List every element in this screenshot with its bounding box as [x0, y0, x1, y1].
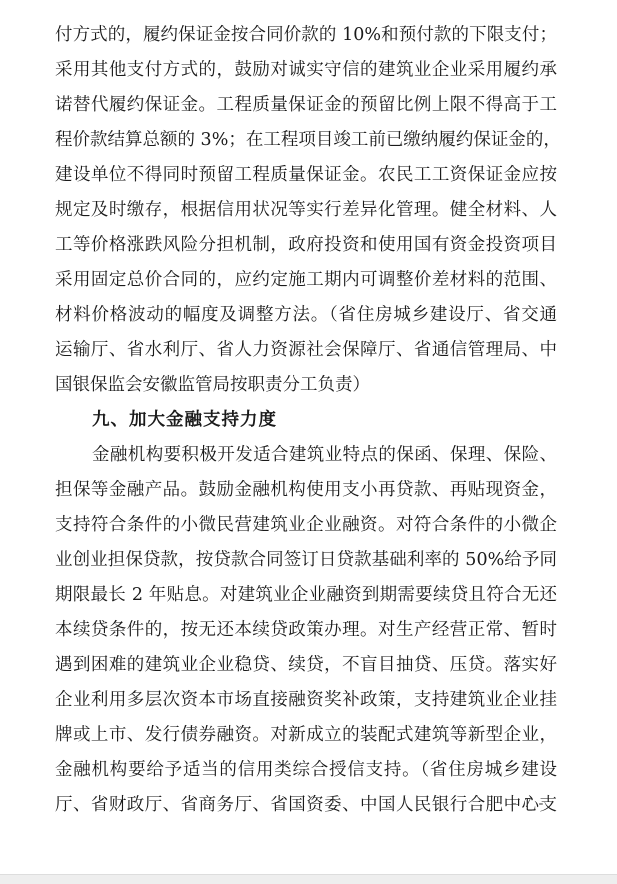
text-line: 牌或上市、发行债券融资。对新成立的装配式建筑等新型企业， [55, 718, 557, 753]
text-line: 国银保监会安徽监管局按职责分工负责） [55, 368, 557, 403]
body-text: 付方式的，履约保证金按合同价款的 10%和预付款的下限支付； 采用其他支付方式的… [55, 18, 557, 823]
text-line: 工等价格涨跌风险分担机制，政府投资和使用国有资金投资项目 [55, 228, 557, 263]
paragraph-performance-bond: 付方式的，履约保证金按合同价款的 10%和预付款的下限支付； 采用其他支付方式的… [55, 18, 557, 403]
text-line: 诺替代履约保证金。工程质量保证金的预留比例上限不得高于工 [55, 88, 557, 123]
text-line: 厅、省财政厅、省商务厅、省国资委、中国人民银行合肥中心支 [55, 788, 557, 823]
page-number: - 7 - [512, 796, 545, 812]
text-line: 担保等金融产品。鼓励金融机构使用支小再贷款、再贴现资金， [55, 473, 557, 508]
page-bottom-edge [0, 874, 617, 884]
text-line: 期限最长 2 年贴息。对建筑业企业融资到期需要续贷且符合无还 [55, 578, 557, 613]
text-line: 材料价格波动的幅度及调整方法。（省住房城乡建设厅、省交通 [55, 298, 557, 333]
text-line: 建设单位不得同时预留工程质量保证金。农民工工资保证金应按 [55, 158, 557, 193]
text-line: 本续贷条件的，按无还本续贷政策办理。对生产经营正常、暂时 [55, 613, 557, 648]
text-line: 业创业担保贷款，按贷款合同签订日贷款基础利率的 50%给予同 [55, 543, 557, 578]
text-line: 付方式的，履约保证金按合同价款的 10%和预付款的下限支付； [55, 18, 557, 53]
text-line: 遇到困难的建筑业企业稳贷、续贷，不盲目抽贷、压贷。落实好 [55, 648, 557, 683]
text-line: 规定及时缴存，根据信用状况等实行差异化管理。健全材料、人 [55, 193, 557, 228]
text-line: 采用固定总价合同的，应约定施工期内可调整价差材料的范围、 [55, 263, 557, 298]
paragraph-financial-support: 金融机构要积极开发适合建筑业特点的保函、保理、保险、 担保等金融产品。鼓励金融机… [55, 438, 557, 823]
text-line: 支持符合条件的小微民营建筑业企业融资。对符合条件的小微企 [55, 508, 557, 543]
text-line: 采用其他支付方式的，鼓励对诚实守信的建筑业企业采用履约承 [55, 53, 557, 88]
text-line: 运输厅、省水利厅、省人力资源社会保障厅、省通信管理局、中 [55, 333, 557, 368]
section-heading: 九、加大金融支持力度 [55, 403, 557, 438]
text-line: 企业利用多层次资本市场直接融资奖补政策，支持建筑业企业挂 [55, 683, 557, 718]
text-line: 金融机构要给予适当的信用类综合授信支持。（省住房城乡建设 [55, 753, 557, 788]
text-line: 金融机构要积极开发适合建筑业特点的保函、保理、保险、 [55, 438, 557, 473]
text-line: 程价款结算总额的 3%；在工程项目竣工前已缴纳履约保证金的， [55, 123, 557, 158]
document-page: 付方式的，履约保证金按合同价款的 10%和预付款的下限支付； 采用其他支付方式的… [0, 0, 617, 874]
